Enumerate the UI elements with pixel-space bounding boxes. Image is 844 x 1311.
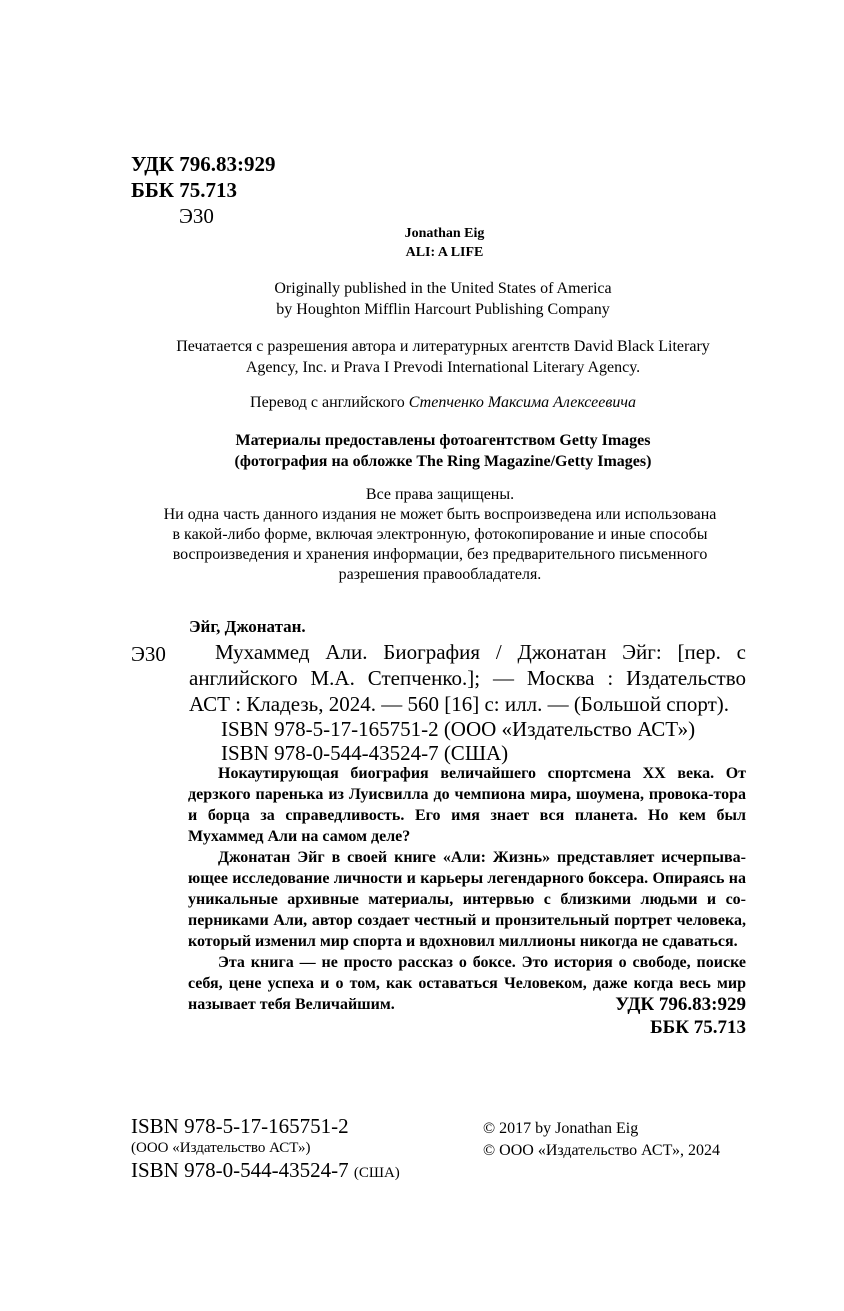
footer-classification-codes: УДК 796.83:929 ББК 75.713 [480,993,746,1039]
catalog-desc-line: АСТ : Кладезь, 2024. — 560 [16] с: илл. … [189,691,746,717]
translator-name: Степченко Максима Алексеевича [409,394,636,411]
annotation-paragraph: Нокаутирующая биография величайшего спор… [188,763,746,847]
orig-pub-line-2: by Houghton Mifflin Harcourt Publishing … [133,299,753,320]
isbn-block: ISBN 978-5-17-165751-2 (ООО «Издательств… [131,1115,400,1184]
photos-line-1: Материалы предоставлены фотоагентством G… [133,430,753,451]
catalog-description: Мухаммед Али. Биография / Джонатан Эйг: … [189,639,746,717]
copyright-block: © 2017 by Jonathan Eig © ООО «Издательст… [483,1118,720,1162]
isbn-1: ISBN 978-5-17-165751-2 [131,1115,400,1137]
photo-credits-note: Материалы предоставлены фотоагентством G… [133,430,753,472]
original-title-block: Jonathan Eig ALI: A LIFE [0,224,844,262]
header-classification-codes: УДК 796.83:929 ББК 75.713 Э30 [131,151,275,229]
rights-line: разрешения правообладателя. [120,565,760,585]
catalog-isbn-line: ISBN 978-5-17-165751-2 (ООО «Издательств… [131,717,746,741]
catalog-author-heading: Эйг, Джонатан. [131,615,746,639]
bbk-code: ББК 75.713 [131,177,275,203]
book-annotation: Нокаутирующая биография величайшего спор… [188,763,746,1015]
catalog-record: Эйг, Джонатан. Э30 Мухаммед Али. Биограф… [131,615,746,765]
permission-line-2: Agency, Inc. и Prava I Prevodi Internati… [133,357,753,378]
udk-code: УДК 796.83:929 [131,151,275,177]
rights-line: Ни одна часть данного издания не может б… [120,505,760,525]
rights-heading: Все права защищены. [120,485,760,505]
catalog-desc-line: английского М.А. Степченко.]; — Москва :… [189,665,746,691]
originally-published-note: Originally published in the United State… [133,278,753,320]
original-author: Jonathan Eig [45,224,844,243]
permission-line-1: Печатается с разрешения автора и литерат… [133,336,753,357]
footer-bbk-code: ББК 75.713 [480,1016,746,1039]
orig-pub-line-1: Originally published in the United State… [133,278,753,299]
catalog-isbn-line: ISBN 978-0-544-43524-7 (США) [131,741,746,765]
rights-line: в какой-либо форме, включая электронную,… [120,525,760,545]
rights-reserved-notice: Все права защищены. Ни одна часть данног… [120,485,760,585]
isbn-2: ISBN 978-0-544-43524-7 [131,1158,354,1182]
footer-udk-code: УДК 796.83:929 [480,993,746,1016]
copyright-line-1: © 2017 by Jonathan Eig [483,1118,720,1140]
photos-line-2: (фотография на обложке The Ring Magazine… [133,451,753,472]
original-title: ALI: A LIFE [45,243,844,262]
permission-note: Печатается с разрешения автора и литерат… [133,336,753,378]
isbn-2-country: (США) [354,1165,400,1181]
rights-line: воспроизведения и хранения информации, б… [120,545,760,565]
copyright-line-2: © ООО «Издательство АСТ», 2024 [483,1140,720,1162]
isbn-1-publisher: (ООО «Издательство АСТ») [131,1137,400,1159]
catalog-code: Э30 [131,641,166,667]
catalog-desc-line: Мухаммед Али. Биография / Джонатан Эйг: … [189,639,746,665]
translation-note: Перевод с английского Степченко Максима … [133,392,753,413]
translation-prefix: Перевод с английского [250,394,409,411]
annotation-paragraph: Джонатан Эйг в своей книге «Али: Жизнь» … [188,847,746,952]
